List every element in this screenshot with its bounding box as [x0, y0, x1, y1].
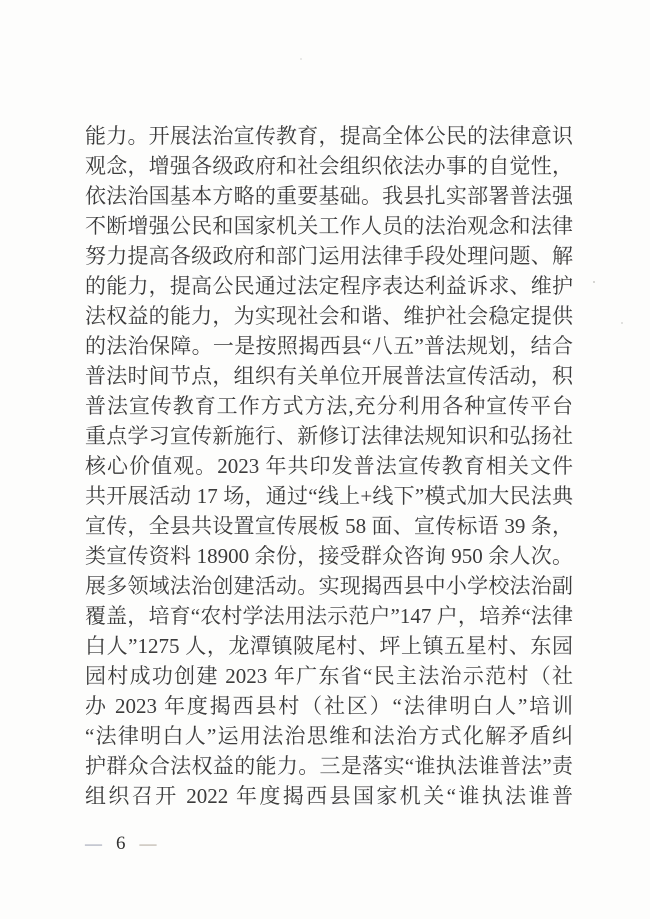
page-number-footer: — 6 —	[85, 833, 157, 855]
text-line: 能力。开展法治宣传教育，提高全体公民的法律意识和法治	[85, 121, 573, 151]
text-line: 不断增强公民和国家机关工作人员的法治观念和法律素质，	[85, 211, 573, 241]
text-line: 观念，增强各级政府和社会组织依法办事的自觉性，是实施	[85, 151, 573, 181]
text-line: 展多领域法治创建活动。实现揭西县中小学校法治副校长全	[85, 571, 573, 601]
text-line: 共开展活动 17 场，通过“线上+线下”模式加大民法典学习	[85, 481, 573, 511]
scanned-document-page: 能力。开展法治宣传教育，提高全体公民的法律意识和法治 观念，增强各级政府和社会组…	[0, 0, 650, 919]
text-line: 的能力，提高公民通过法定程序表达利益诉求、维护自身合	[85, 271, 573, 301]
footer-dash-left: —	[85, 834, 102, 854]
text-line: 类宣传资料 18900 余份，接受群众咨询 950 余人次。二是开	[85, 541, 573, 571]
text-line: 法权益的能力，为实现社会和谐、维护社会稳定提供强有力	[85, 301, 573, 331]
text-line: 努力提高各级政府和部门运用法律手段处理问题、解决矛盾	[85, 241, 573, 271]
scan-speck	[621, 322, 623, 324]
footer-dash-right: —	[140, 834, 157, 854]
scan-speck	[300, 58, 302, 60]
text-line: 的法治保障。一是按照揭西县“八五”普法规划，结合重要	[85, 331, 573, 361]
text-line: 组织召开 2022 年度揭西县国家机关“谁执法谁普法”履职	[85, 781, 573, 811]
text-line: 宣传，全县共设置宣传展板 58 面、宣传标语 39 条，发放各	[85, 511, 573, 541]
text-line: 护群众合法权益的能力。三是落实“谁执法谁普法”责任制，	[85, 751, 573, 781]
text-line: 重点学习宣传新施行、新修订法律法规知识和弘扬社会主义	[85, 421, 573, 451]
text-line: 白人”1275 人，龙潭镇陂尾村、坪上镇五星村、东园镇东桥	[85, 631, 573, 661]
text-line: 核心价值观。2023 年共印发普法宣传教育相关文件 11 份，	[85, 451, 573, 481]
text-line: 普法宣传教育工作方式方法,充分利用各种宣传平台和阵地，	[85, 391, 573, 421]
text-line: 覆盖，培育“农村学法用法示范户”147 户，培养“法律明	[85, 601, 573, 631]
page-number: 6	[116, 833, 126, 855]
text-line: 依法治国基本方略的重要基础。我县扎实部署普法强基工作，	[85, 181, 573, 211]
text-line: 普法时间节点，组织有关单位开展普法宣传活动，积极创新	[85, 361, 573, 391]
text-line: “法律明白人”运用法治思维和法治方式化解矛盾纠纷、维	[85, 721, 573, 751]
scan-speck	[593, 281, 595, 283]
text-line: 园村成功创建 2023 年广东省“民主法治示范村（社区）”。举	[85, 661, 573, 691]
body-text-block: 能力。开展法治宣传教育，提高全体公民的法律意识和法治 观念，增强各级政府和社会组…	[85, 121, 573, 811]
text-line: 办 2023 年度揭西县村（社区）“法律明白人”培训班，提高	[85, 691, 573, 721]
